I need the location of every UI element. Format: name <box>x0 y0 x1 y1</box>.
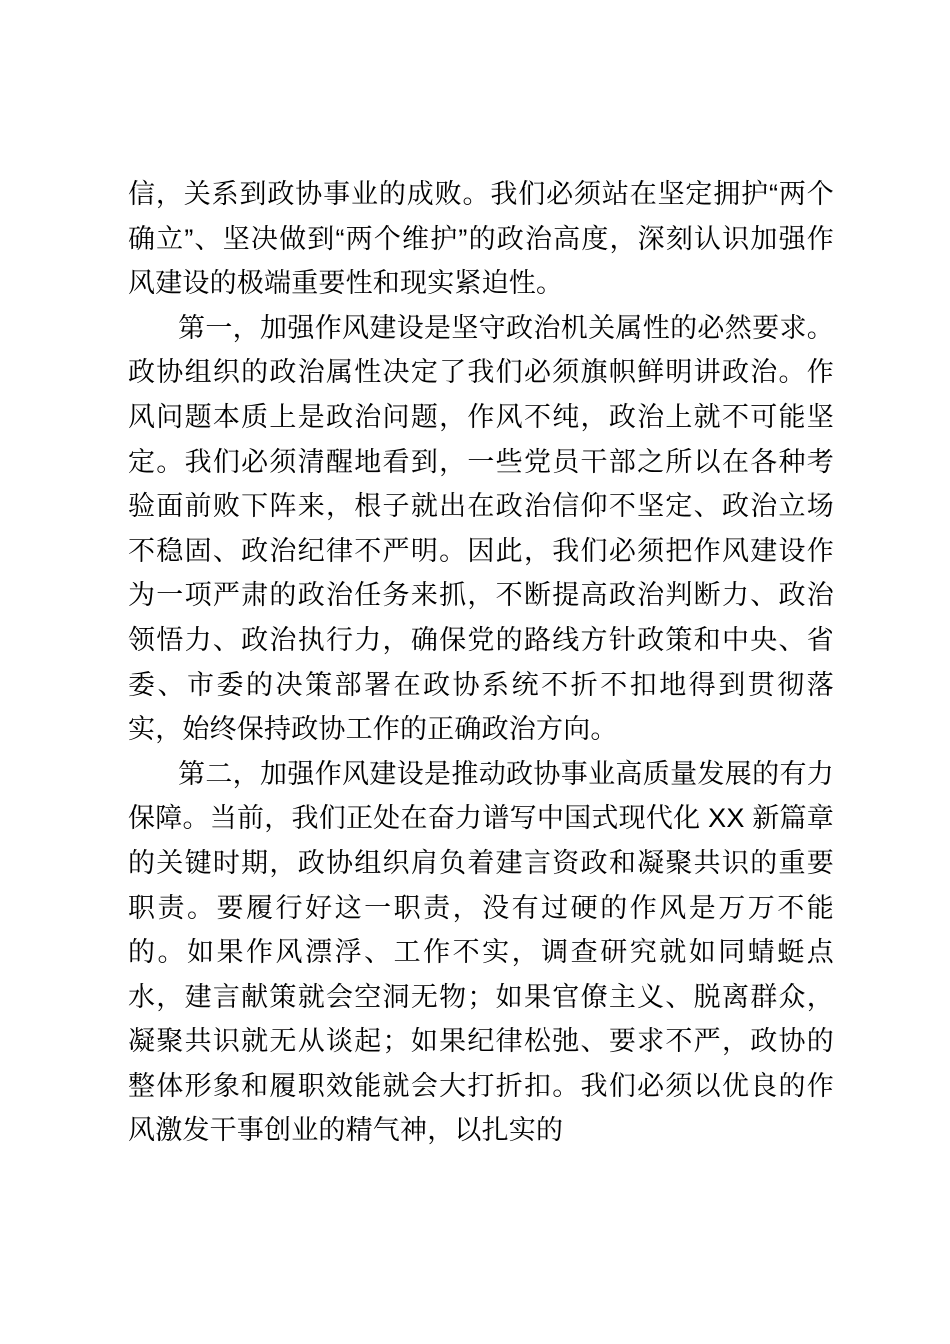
document-body: 信，关系到政协事业的成败。我们必须站在坚定拥护“两个确立”、坚决做到“两个维护”… <box>128 172 834 1153</box>
paragraph-point-two: 第二，加强作风建设是推动政协事业高质量发展的有力保障。当前，我们正处在奋力谱写中… <box>128 752 834 1153</box>
document-page: 信，关系到政协事业的成败。我们必须站在坚定拥护“两个确立”、坚决做到“两个维护”… <box>0 0 950 1344</box>
paragraph-point-one: 第一，加强作风建设是坚守政治机关属性的必然要求。政协组织的政治属性决定了我们必须… <box>128 306 834 752</box>
paragraph-continuation: 信，关系到政协事业的成败。我们必须站在坚定拥护“两个确立”、坚决做到“两个维护”… <box>128 172 834 306</box>
